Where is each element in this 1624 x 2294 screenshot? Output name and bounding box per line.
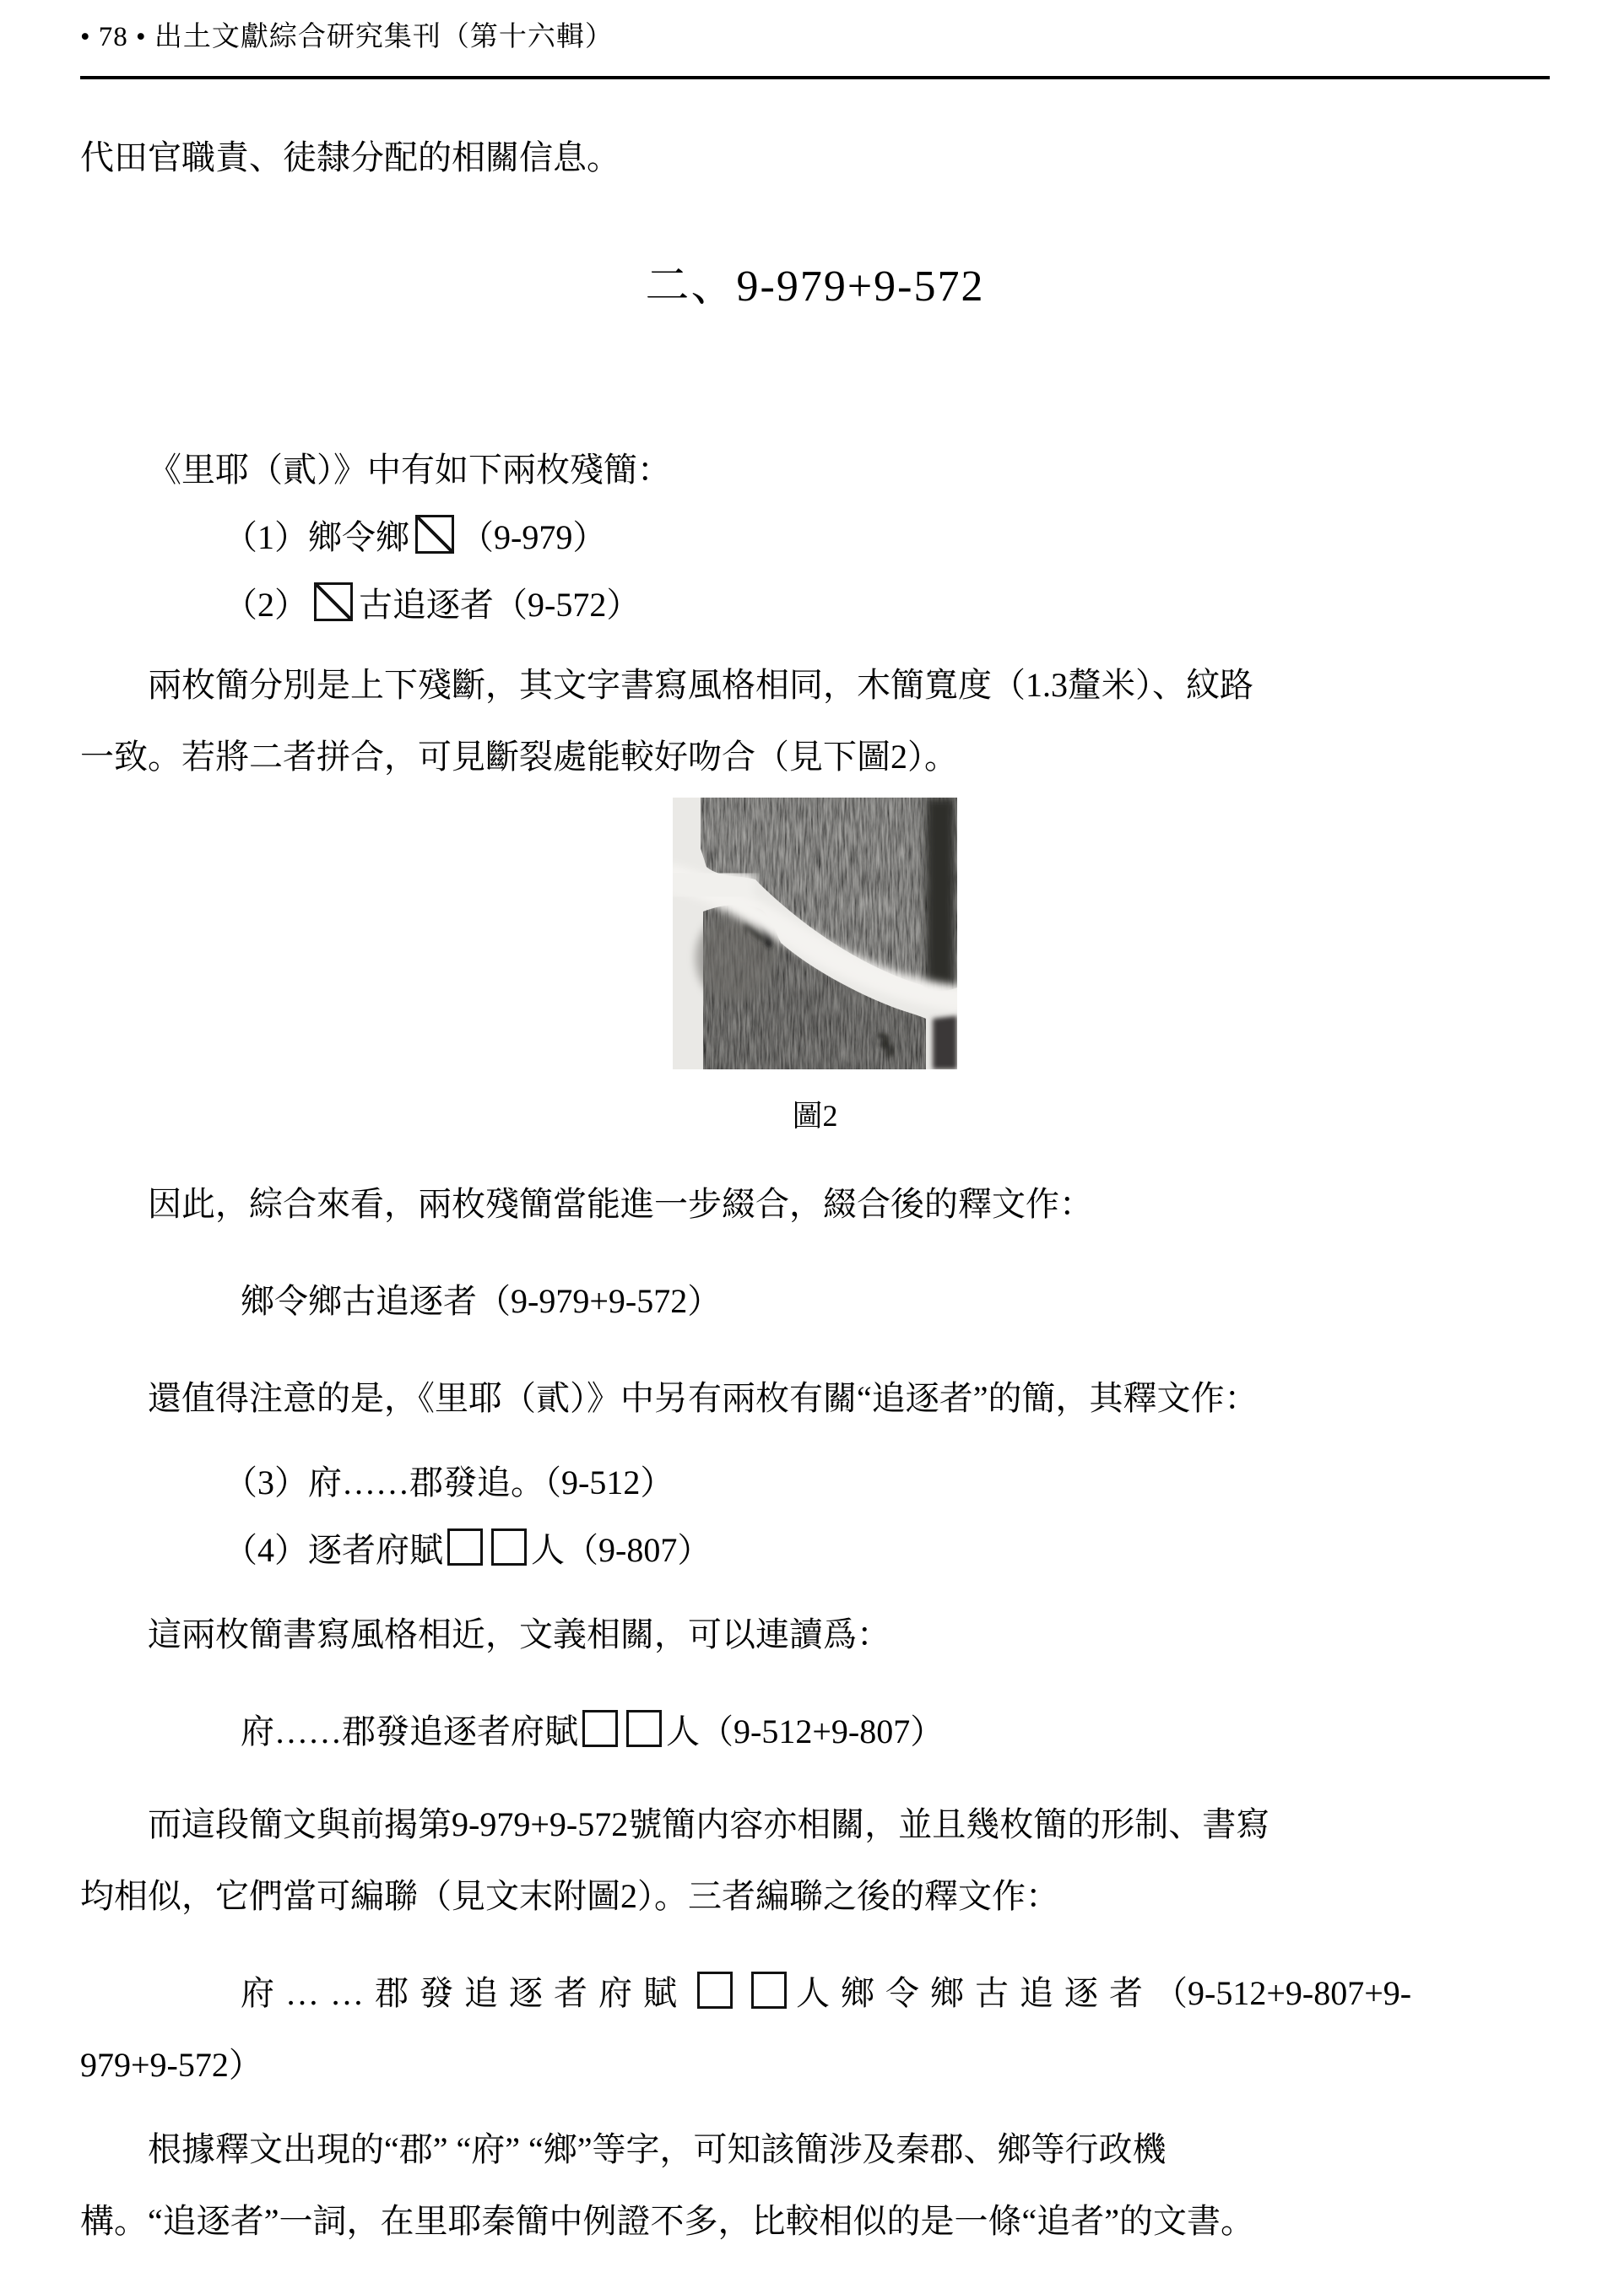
paragraph-analysis-line1: 根據釋文出現的“郡” “府” “鄉”等字，可知該簡涉及秦郡、鄉等行政機 (80, 2113, 1550, 2185)
paragraph-description: 兩枚簡分別是上下殘斷，其文字書寫風格相同，木簡寬度（1.3釐米）、紋路 一致。若… (80, 649, 1550, 793)
slip-item-4: （4）逐者府賦人（9-807） (80, 1517, 1550, 1584)
paragraph-analysis-line2: 構。“追逐者”一詞，在里耶秦簡中例證不多，比較相似的是一條“追者”的文書。 (80, 2185, 1550, 2257)
text-segment: （3） (224, 1464, 308, 1501)
paragraph-note-other-slips: 還值得注意的是，《里耶（貳）》中另有兩枚有關“追逐者”的簡，其釋文作： (80, 1362, 1550, 1434)
paragraph-description-line2: 一致。若將二者拼合，可見斷裂處能較好吻合（見下圖2）。 (80, 721, 1550, 793)
text-segment: （2） (224, 586, 308, 624)
text-segment: （9-512） (544, 1464, 674, 1501)
text-segment: 979+9-572） (80, 2046, 263, 2084)
paragraph-relation: 而這段簡文與前揭第9-979+9-572號簡内容亦相關，並且幾枚簡的形制、書寫 … (80, 1788, 1550, 1932)
missing-char-box-symbol (697, 1972, 733, 2009)
text-segment: 古追逐者 (359, 586, 494, 624)
text-segment: （4） (224, 1531, 308, 1569)
text-segment: 府……郡發追逐者府賦 (241, 1974, 688, 2012)
paragraph-description-line1: 兩枚簡分別是上下殘斷，其文字書寫風格相同，木簡寬度（1.3釐米）、紋路 (80, 649, 1550, 721)
transcription-joined-3-line1: 府……郡發追逐者府賦人鄉令鄉古追逐者（9-512+9-807+9- (80, 1957, 1550, 2029)
text-segment: （9-512+9-807） (700, 1712, 944, 1750)
text-segment: （9-807） (565, 1531, 711, 1569)
broken-edge-box-symbol (415, 515, 454, 554)
text-segment: 鄉令鄉 (308, 518, 409, 556)
paragraph-conclusion-join: 因此，綜合來看，兩枚殘簡當能進一步綴合，綴合後的釋文作： (80, 1168, 1550, 1240)
figure-caption: 圖2 (80, 1086, 1550, 1145)
missing-char-box-symbol (447, 1528, 483, 1566)
slip-photo-image (673, 798, 957, 1069)
paragraph-two-fragments: 《里耶（貳）》中有如下兩枚殘簡： (80, 436, 1550, 504)
slip-item-3: （3）府……郡發追。（9-512） (80, 1449, 1550, 1517)
transcription-joined-1: 鄉令鄉古追逐者（9-979+9-572） (80, 1265, 1550, 1337)
text-segment: （9-979） (460, 518, 606, 556)
missing-char-box-symbol (582, 1710, 618, 1747)
slip-item-2: （2）古追逐者（9-572） (80, 571, 1550, 639)
missing-char-box-symbol (491, 1528, 527, 1566)
text-segment: 逐者府賦 (308, 1531, 443, 1569)
text-segment: 府……郡發追。 (308, 1464, 544, 1501)
missing-char-box-symbol (626, 1710, 662, 1747)
text-segment: （9-512+9-807+9- (1154, 1974, 1411, 2012)
broken-edge-box-symbol (314, 582, 353, 621)
paragraph-intro: 代田官職責、徒隸分配的相關信息。 (80, 122, 1550, 193)
transcription-joined-3-line2: 979+9-572） (80, 2029, 1550, 2101)
section-heading: 二、9-979+9-572 (80, 249, 1550, 325)
transcription-joined-3: 府……郡發追逐者府賦人鄉令鄉古追逐者（9-512+9-807+9- 979+9-… (80, 1957, 1550, 2101)
paragraph-similar-style: 這兩枚簡書寫風格相近，文義相關，可以連讀爲： (80, 1599, 1550, 1670)
text-segment: （1） (224, 518, 308, 556)
paragraph-analysis: 根據釋文出現的“郡” “府” “鄉”等字，可知該簡涉及秦郡、鄉等行政機 構。“追… (80, 2113, 1550, 2257)
slip-item-1: （1）鄉令鄉（9-979） (80, 504, 1550, 571)
text-segment: 人 (666, 1712, 700, 1750)
text-segment: 人 (531, 1531, 565, 1569)
journal-page: • 78 • 出土文獻綜合研究集刊（第十六輯） 代田官職責、徒隸分配的相關信息。… (0, 0, 1624, 2294)
paragraph-relation-line2: 均相似，它們當可編聯（見文末附圖2）。三者編聯之後的釋文作： (80, 1860, 1550, 1932)
running-head: • 78 • 出土文獻綜合研究集刊（第十六輯） (80, 0, 1550, 79)
text-segment: （9-979+9-572） (477, 1282, 721, 1320)
paragraph-relation-line1: 而這段簡文與前揭第9-979+9-572號簡内容亦相關，並且幾枚簡的形制、書寫 (80, 1788, 1550, 1860)
transcription-joined-2: 府……郡發追逐者府賦人（9-512+9-807） (80, 1696, 1550, 1767)
missing-char-box-symbol (751, 1972, 787, 2009)
text-segment: 鄉令鄉古追逐者 (241, 1282, 477, 1320)
text-segment: 府……郡發追逐者府賦 (241, 1712, 578, 1750)
figure-2: 圖2 (80, 798, 1550, 1145)
text-segment: 人鄉令鄉古追逐者 (796, 1974, 1154, 2012)
text-segment: （9-572） (494, 586, 640, 624)
